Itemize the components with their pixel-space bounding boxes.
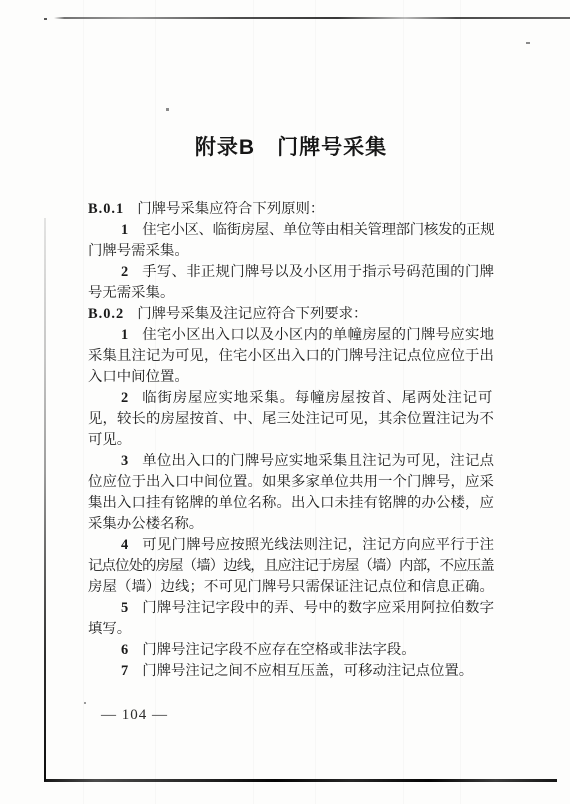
line-text: 号无需采集。 — [88, 285, 174, 301]
line-text: 门牌号注记字段中的弄、号中的数字应采用阿拉伯数字 — [142, 600, 494, 616]
clause-number: 1 — [121, 222, 129, 238]
body-line: 填写。 — [88, 619, 494, 640]
line-text: 房屋（墙）边线；不可见门牌号只需保证注记点位和信息正确。 — [88, 579, 494, 595]
clause-number: 4 — [121, 537, 129, 553]
line-text: 填写。 — [88, 621, 131, 637]
line-text: 住宅小区、临街房屋、单位等由相关管理部门核发的正规 — [142, 222, 494, 238]
line-text: 位应位于出入口中间位置。如果多家单位共用一个门牌号，应采 — [88, 474, 494, 490]
clause-number: 5 — [121, 600, 129, 616]
scan-edge-top — [54, 17, 570, 19]
scan-streak — [83, 0, 84, 804]
body-line: 2临街房屋应实地采集。每幢房屋按首、尾两处注记可 — [88, 388, 494, 409]
clause-number: B.0.2 — [88, 306, 124, 322]
body-line: 1住宅小区出入口以及小区内的单幢房屋的门牌号应实地 — [88, 325, 494, 346]
clause-number: 6 — [121, 642, 129, 658]
line-text: 门牌号采集应符合下列原则： — [137, 201, 324, 217]
scan-speck — [44, 18, 47, 20]
body-line: 6门牌号注记字段不应存在空格或非法字段。 — [88, 640, 494, 661]
line-text: 见，较长的房屋按首、中、尾三处注记可见，其余位置注记为不 — [88, 411, 494, 427]
scan-speck — [526, 42, 530, 44]
body-line: 号无需采集。 — [88, 283, 494, 304]
scan-speck — [166, 108, 169, 111]
line-text: 临街房屋应实地采集。每幢房屋按首、尾两处注记可 — [142, 390, 493, 406]
line-text: 记点位处的房屋（墙）边线，且应注记于房屋（墙）内部，不应压盖 — [88, 558, 494, 574]
body-line: 4可见门牌号应按照光线法则注记，注记方向应平行于注 — [88, 535, 494, 556]
line-text: 可见。 — [88, 432, 131, 448]
scan-edge-left — [44, 218, 46, 781]
body-line: 采集办公楼名称。 — [88, 514, 494, 535]
body-line: 2手写、非正规门牌号以及小区用于指示号码范围的门牌 — [88, 262, 494, 283]
scan-edge-bottom — [44, 779, 557, 782]
clause-number: 2 — [121, 390, 129, 406]
clause-number: 3 — [121, 453, 129, 469]
body-line: B.0.2门牌号采集及注记应符合下列要求： — [88, 304, 494, 325]
clause-number: B.0.1 — [88, 201, 124, 217]
body-line: 3单位出入口的门牌号应实地采集且注记为可见，注记点 — [88, 451, 494, 472]
line-text: 采集办公楼名称。 — [88, 516, 203, 532]
line-text: 单位出入口的门牌号应实地采集且注记为可见，注记点 — [142, 453, 494, 469]
body-line: 采集且注记为可见，住宅小区出入口的门牌号注记点位应位于出 — [88, 346, 494, 367]
line-text: 门牌号需采集。 — [88, 243, 189, 259]
page-number: — 104 — — [101, 707, 168, 724]
clause-number: 1 — [121, 327, 129, 343]
body-line: 5门牌号注记字段中的弄、号中的数字应采用阿拉伯数字 — [88, 598, 494, 619]
appendix-title: 附录B 门牌号采集 — [88, 135, 494, 161]
body-line: 1住宅小区、临街房屋、单位等由相关管理部门核发的正规 — [88, 220, 494, 241]
body-line: 门牌号需采集。 — [88, 241, 494, 262]
clause-number: 2 — [121, 264, 129, 280]
body-line: B.0.1门牌号采集应符合下列原则： — [88, 199, 494, 220]
line-text: 门牌号注记字段不应存在空格或非法字段。 — [142, 642, 415, 658]
line-text: 集出入口挂有铭牌的单位名称。出入口未挂有铭牌的办公楼，应 — [88, 495, 494, 511]
body-line: 房屋（墙）边线；不可见门牌号只需保证注记点位和信息正确。 — [88, 577, 494, 598]
line-text: 可见门牌号应按照光线法则注记，注记方向应平行于注 — [142, 537, 494, 553]
line-text: 门牌号采集及注记应符合下列要求： — [137, 306, 367, 322]
body-lines: B.0.1门牌号采集应符合下列原则：1住宅小区、临街房屋、单位等由相关管理部门核… — [88, 199, 494, 682]
line-text: 入口中间位置。 — [88, 369, 189, 385]
line-text: 门牌号注记之间不应相互压盖，可移动注记点位置。 — [142, 663, 473, 679]
line-text: 住宅小区出入口以及小区内的单幢房屋的门牌号应实地 — [142, 327, 494, 343]
scanned-document-page: 附录B 门牌号采集 B.0.1门牌号采集应符合下列原则：1住宅小区、临街房屋、单… — [0, 0, 570, 804]
body-line: 记点位处的房屋（墙）边线，且应注记于房屋（墙）内部，不应压盖 — [88, 556, 494, 577]
body-line: 见，较长的房屋按首、中、尾三处注记可见，其余位置注记为不 — [88, 409, 494, 430]
body-line: 7门牌号注记之间不应相互压盖，可移动注记点位置。 — [88, 661, 494, 682]
body-line: 可见。 — [88, 430, 494, 451]
line-text: 采集且注记为可见，住宅小区出入口的门牌号注记点位应位于出 — [88, 348, 494, 364]
body-line: 入口中间位置。 — [88, 367, 494, 388]
body-line: 位应位于出入口中间位置。如果多家单位共用一个门牌号，应采 — [88, 472, 494, 493]
line-text: 手写、非正规门牌号以及小区用于指示号码范围的门牌 — [142, 264, 494, 280]
body-line: 集出入口挂有铭牌的单位名称。出入口未挂有铭牌的办公楼，应 — [88, 493, 494, 514]
clause-number: 7 — [121, 663, 129, 679]
scan-speck — [84, 702, 86, 704]
